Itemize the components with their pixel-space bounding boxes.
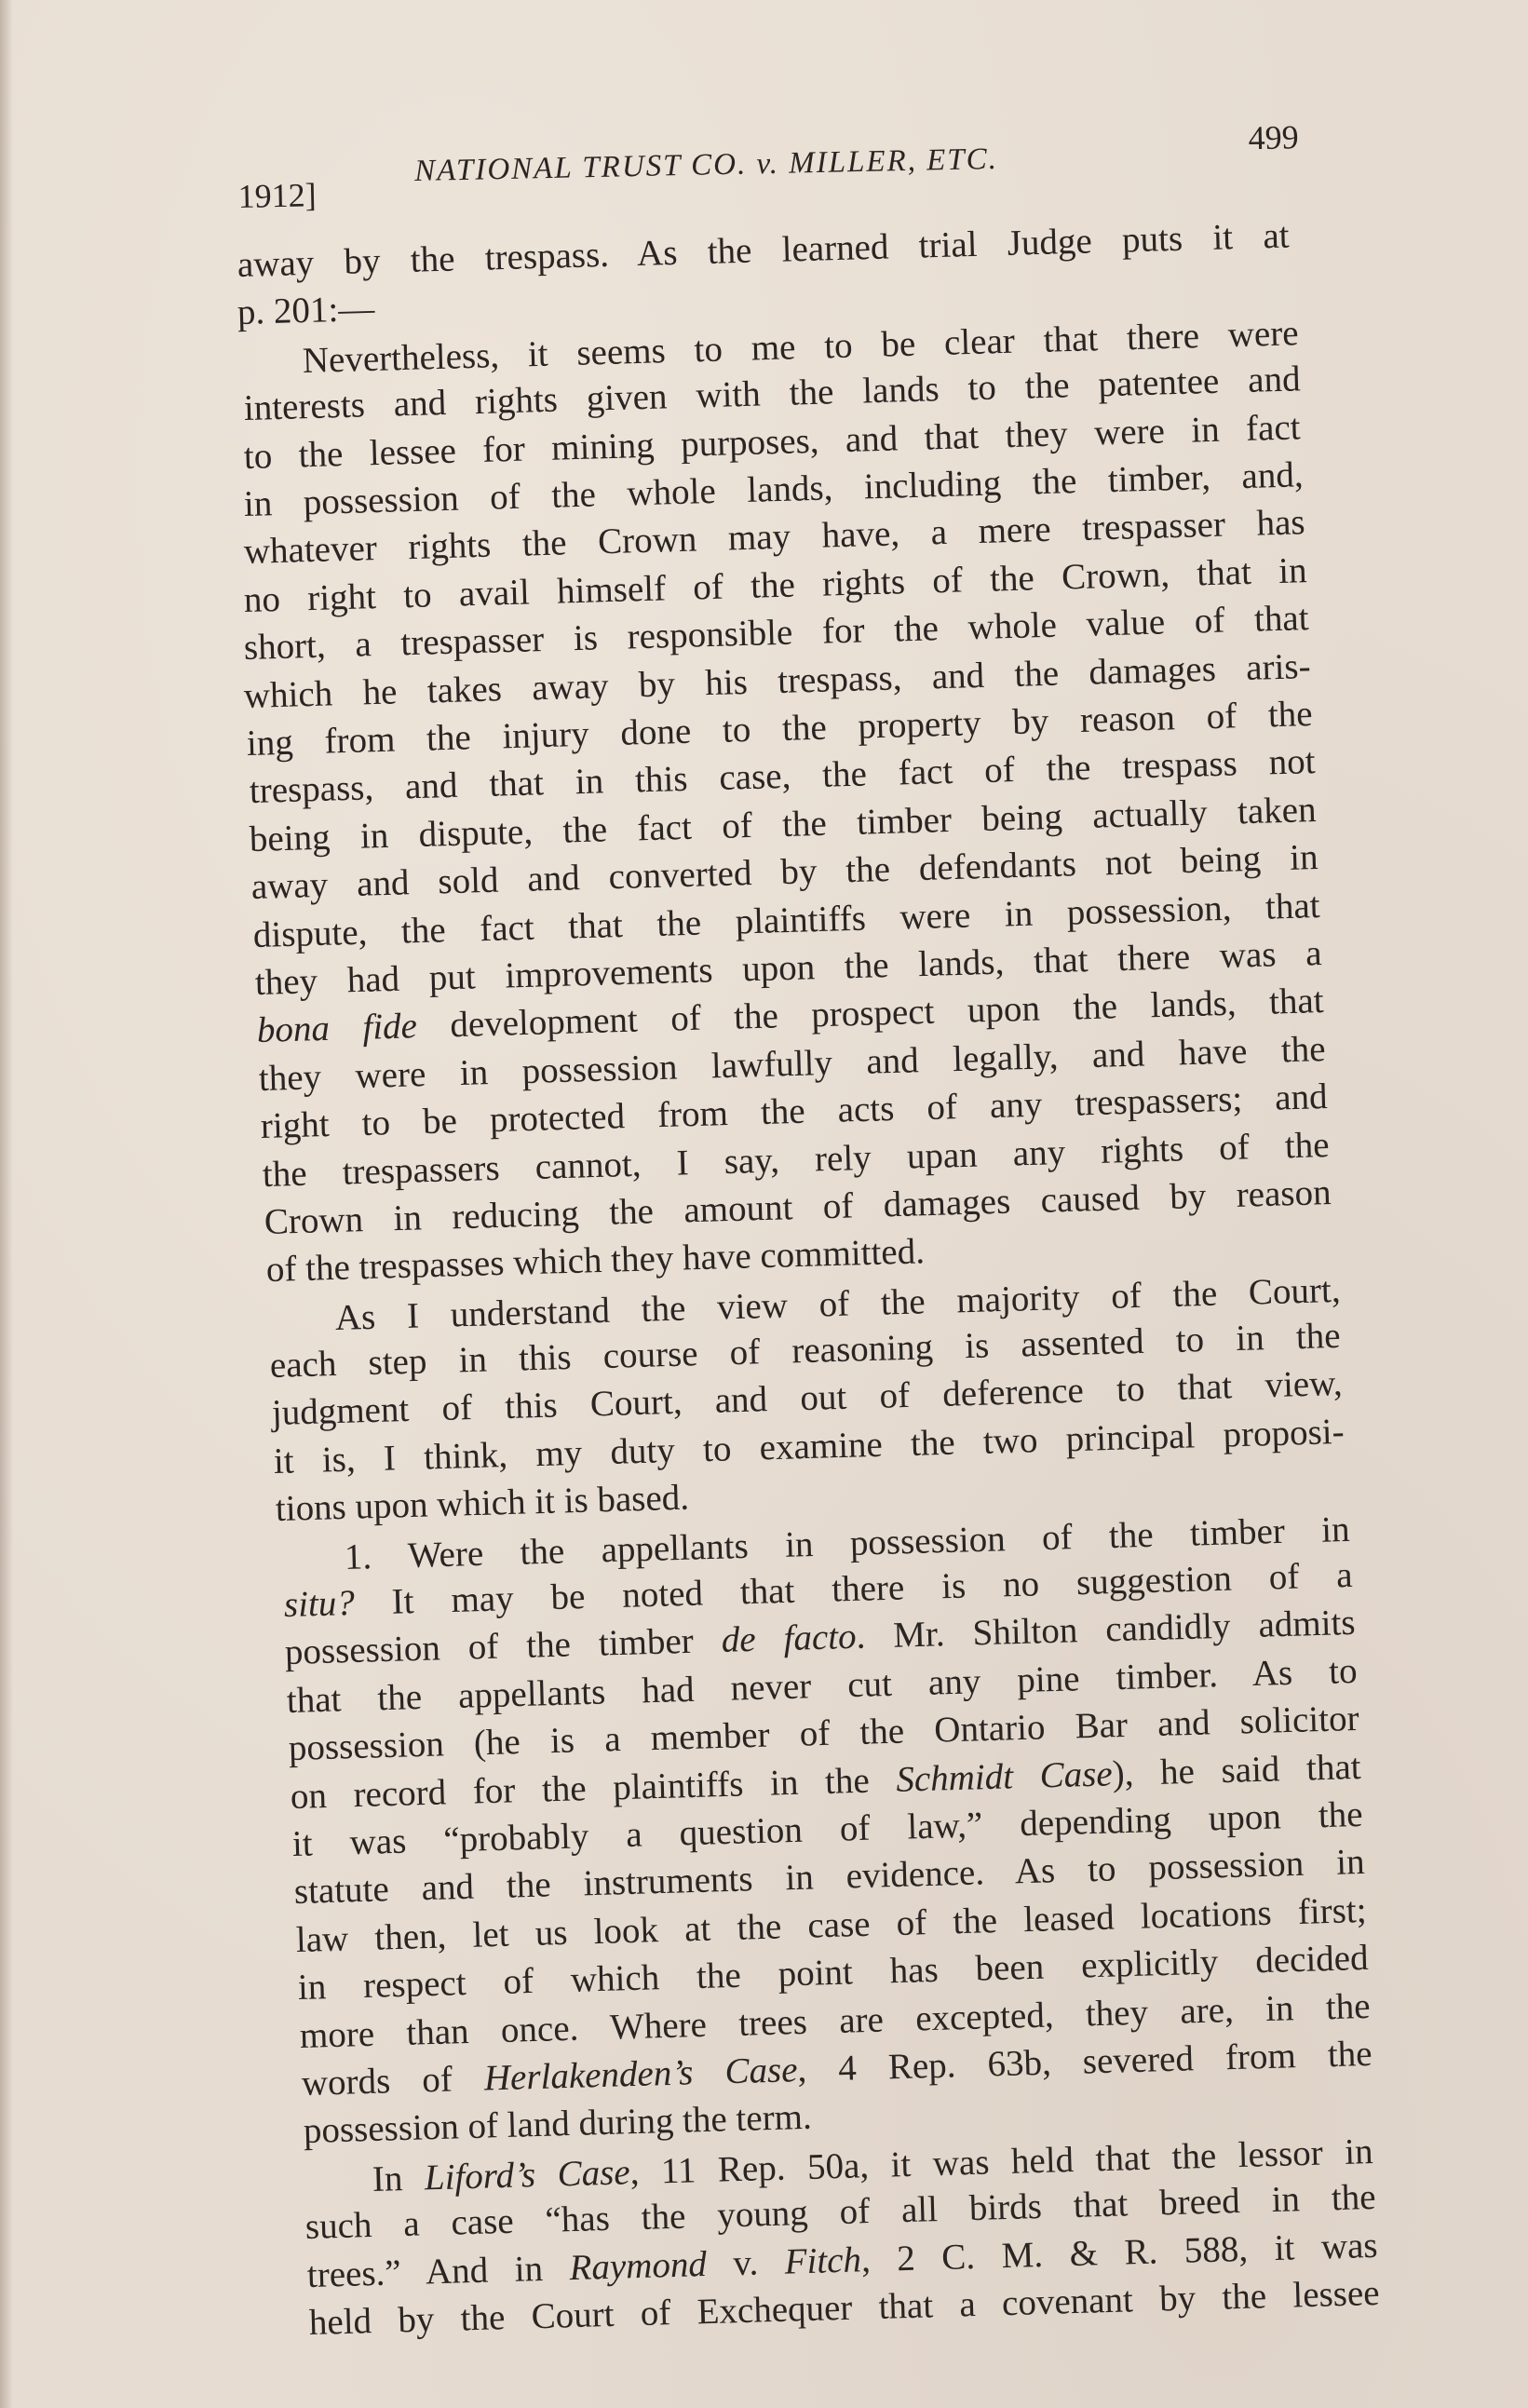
running-title: NATIONAL TRUST CO. v. MILLER, ETC. xyxy=(414,142,999,189)
page-number: 499 xyxy=(1248,117,1299,157)
text-line: away by the trespass. As the learned tri… xyxy=(237,217,1290,288)
text-line: tions upon which it is based. xyxy=(275,1477,760,1532)
report-year: 1912] xyxy=(237,175,317,216)
page-edge-shadow xyxy=(0,0,13,2408)
text-line: p. 201:— xyxy=(237,289,424,335)
running-header: 1912] NATIONAL TRUST CO. v. MILLER, ETC.… xyxy=(237,117,1299,196)
text-line: possession of land during the term. xyxy=(303,2096,899,2154)
